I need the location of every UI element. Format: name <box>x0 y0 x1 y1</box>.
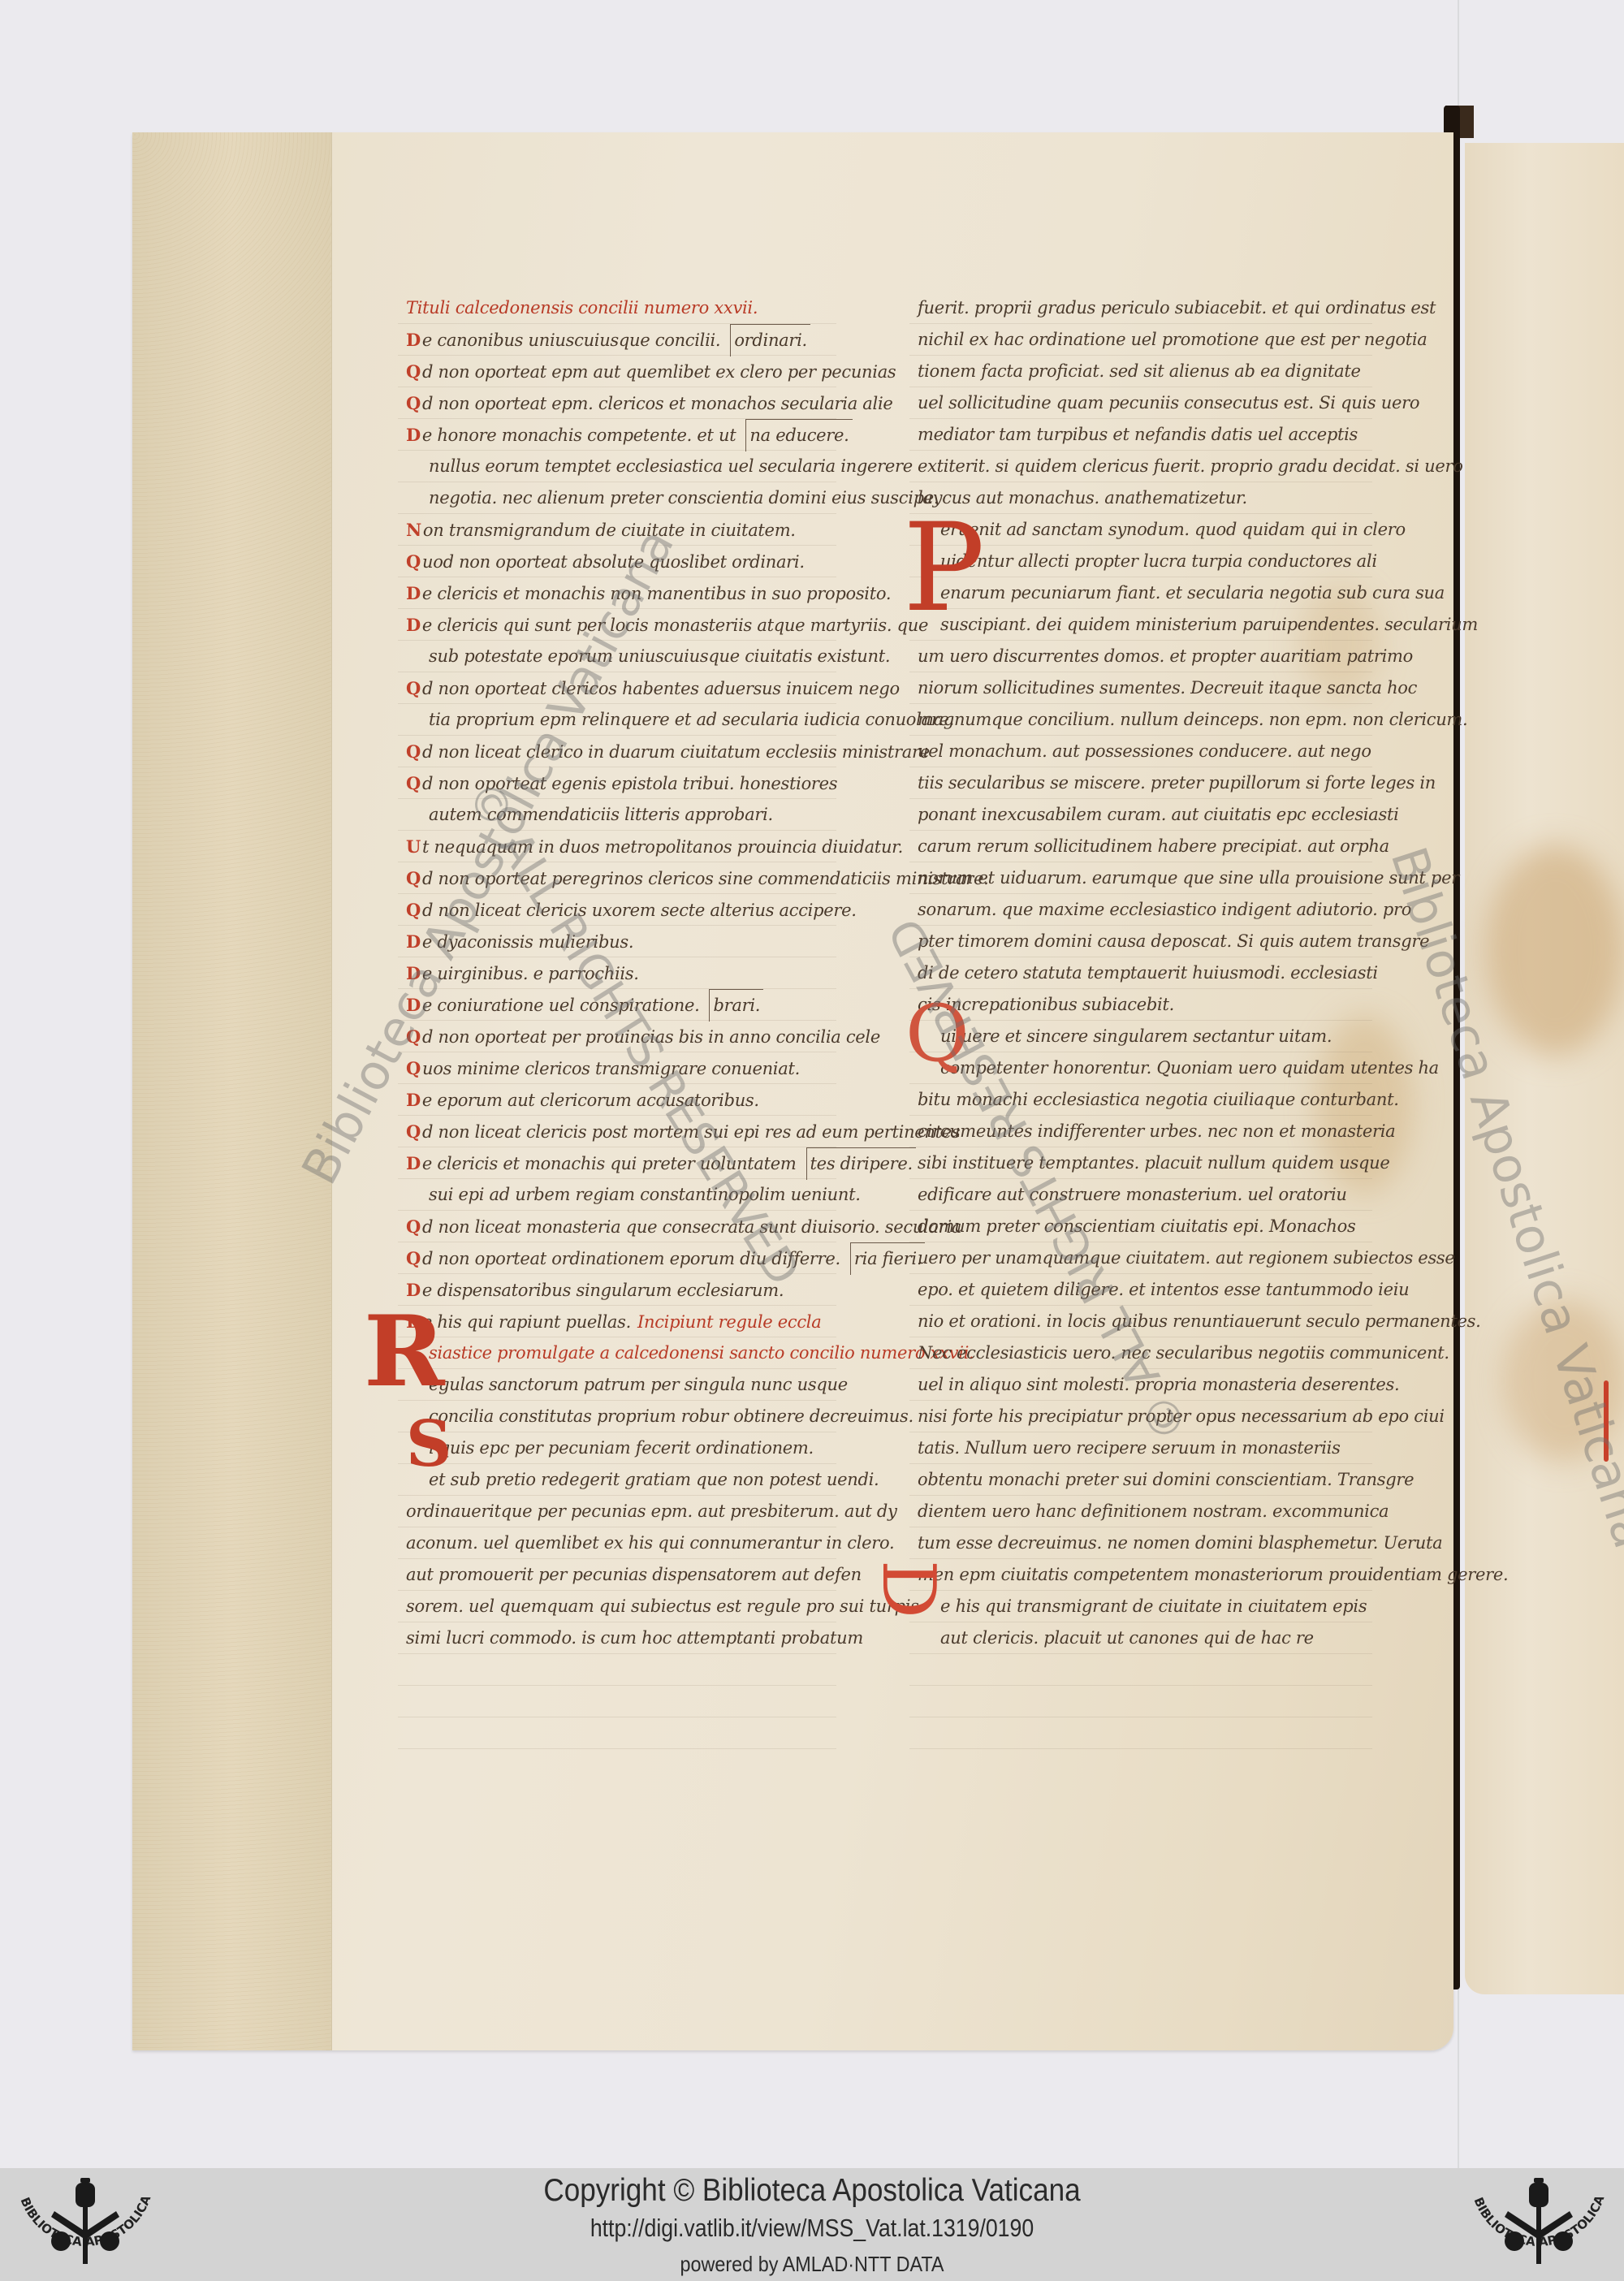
manuscript-line: et sub pretio redegerit gratiam que non … <box>406 1464 828 1496</box>
line-text: tiis secularibus se miscere. preter pupi… <box>918 773 1436 793</box>
manuscript-line: ponant inexcusabilem curam. aut ciuitati… <box>918 799 1364 831</box>
marginal-correction: brari. <box>709 989 763 1022</box>
line-text: concilia constitutas proprium robur obti… <box>429 1406 914 1426</box>
manuscript-line: sibi instituere temptantes. placuit null… <box>918 1147 1364 1179</box>
manuscript-line: dientem uero hanc definitionem nostram. … <box>918 1496 1364 1527</box>
decorated-initial-d: D <box>871 1560 944 1618</box>
manuscript-line: edificare aut construere monasterium. ue… <box>918 1179 1364 1211</box>
manuscript-line: fuerit. proprii gradus periculo subiaceb… <box>918 292 1364 324</box>
line-text: et sub pretio redegerit gratiam que non … <box>429 1470 879 1489</box>
rubricated-initial: D <box>406 330 421 350</box>
manuscript-line: nullus eorum temptet ecclesiastica uel s… <box>406 451 828 482</box>
manuscript-line: De his qui rapiunt puellas.Incipiunt reg… <box>406 1306 828 1337</box>
manuscript-line: di de cetero statuta temptauerit huiusmo… <box>918 957 1364 989</box>
line-text: sonarum. que maxime ecclesiastico indige… <box>918 900 1411 919</box>
marginal-correction: tes diripere. <box>806 1147 916 1180</box>
rubricated-initial: Q <box>406 1216 421 1237</box>
rubricated-initial: D <box>406 583 421 603</box>
line-text: mediator tam turpibus et nefandis datis … <box>918 425 1358 444</box>
line-text: carum rerum sollicitudinem habere precip… <box>918 836 1389 856</box>
line-text: uel monachum. aut possessiones conducere… <box>918 741 1371 761</box>
rubricated-initial: Q <box>406 678 421 698</box>
line-text: e his qui transmigrant de ciuitate in ci… <box>940 1596 1367 1616</box>
line-text: magnumque concilium. nullum deinceps. no… <box>918 710 1467 729</box>
manuscript-line: sorem. uel quemquam qui subiectus est re… <box>406 1591 828 1622</box>
line-text: uero per unamquamque ciuitatem. aut regi… <box>918 1248 1455 1268</box>
line-text: sorem. uel quemquam qui subiectus est re… <box>406 1596 919 1616</box>
manuscript-line: pter timorem domini causa deposcat. Si q… <box>918 926 1364 957</box>
line-text: fuerit. proprii gradus periculo subiaceb… <box>918 298 1436 318</box>
line-text: aut clericis. placuit ut canones qui de … <box>940 1628 1314 1648</box>
rubricated-initial: D <box>406 1153 421 1173</box>
rubricated-initial: Q <box>406 773 421 793</box>
line-text: e honore monachis competente. et ut <box>422 426 736 445</box>
line-text: eruenit ad sanctam synodum. quod quidam … <box>940 520 1406 539</box>
ruling-line <box>909 1717 1372 1717</box>
manuscript-line: siastice promulgate a calcedonensi sanct… <box>406 1337 828 1369</box>
line-text: ordinaueritque per pecunias epm. aut pre… <box>406 1501 897 1521</box>
line-text: d non oporteat epm. clericos et monachos… <box>422 394 893 413</box>
line-text: sub potestate eporum uniuscuiusque ciuit… <box>429 646 890 666</box>
line-text: edificare aut construere monasterium. ue… <box>918 1185 1347 1204</box>
rubricated-initial: Q <box>406 551 421 572</box>
line-text: e dispensatoribus singularum ecclesiarum… <box>422 1281 784 1300</box>
manuscript-line: aconum. uel quemlibet ex his qui connume… <box>406 1527 828 1559</box>
manuscript-line: uel sollicitudine quam pecuniis consecut… <box>918 387 1364 419</box>
manuscript-line: extiterit. si quidem clericus fuerit. pr… <box>918 451 1364 482</box>
manuscript-line: De canonibus uniuscuiusque concilii.ordi… <box>406 324 828 356</box>
line-text: d non liceat monasteria que consecrata s… <box>422 1217 961 1237</box>
manuscript-line: Non transmigrandum de ciuitate in ciuita… <box>406 514 828 546</box>
ruling-line <box>398 1685 836 1686</box>
rubricated-initial: N <box>406 520 421 540</box>
marginal-correction: ordinari. <box>730 324 810 356</box>
line-text: sui epi ad urbem regiam constantinopolim… <box>429 1185 861 1204</box>
manuscript-line: niorum sollicitudines sumentes. Decreuit… <box>918 672 1364 704</box>
line-text: tatis. Nullum uero recipere seruum in mo… <box>918 1438 1341 1458</box>
line-text: dientem uero hanc definitionem nostram. … <box>918 1501 1389 1521</box>
line-text: aut promouerit per pecunias dispensatore… <box>406 1565 862 1584</box>
line-text: domum preter conscientiam ciuitatis epi.… <box>918 1216 1355 1236</box>
manuscript-line: norum et uiduarum. earumque que sine ull… <box>918 862 1364 894</box>
rubricated-initial: D <box>406 1090 421 1110</box>
line-text: obtentu monachi preter sui domini consci… <box>918 1470 1414 1489</box>
manuscript-line: carum rerum sollicitudinem habere precip… <box>918 831 1364 862</box>
manuscript-line: mediator tam turpibus et nefandis datis … <box>918 419 1364 451</box>
decorated-initial-s: S <box>406 1413 451 1476</box>
line-text: d non liceat clerico in duarum ciuitatum… <box>422 742 930 762</box>
line-text: tum esse decreuimus. ne nomen domini bla… <box>918 1533 1442 1553</box>
rubricated-initial: D <box>406 615 421 635</box>
line-text: e coniuratione uel conspiratione. <box>422 996 700 1015</box>
powered-by-text: powered by AMLAD·NTT DATA <box>81 2252 1543 2277</box>
manuscript-line: De honore monachis competente. et utna e… <box>406 419 828 451</box>
line-text: nichil ex hac ordinatione uel promotione… <box>918 330 1427 349</box>
manuscript-line: uero per unamquamque ciuitatem. aut regi… <box>918 1242 1364 1274</box>
line-text: extiterit. si quidem clericus fuerit. pr… <box>918 456 1463 476</box>
marginal-correction: na educere. <box>745 419 852 451</box>
manuscript-line: De clericis et monachis qui preter uolun… <box>406 1147 828 1179</box>
line-text: uidentur allecti propter lucra turpia co… <box>940 551 1377 571</box>
line-text: ponant inexcusabilem curam. aut ciuitati… <box>918 805 1399 824</box>
manuscript-line: tatis. Nullum uero recipere seruum in mo… <box>918 1432 1364 1464</box>
line-text: d non oporteat epm aut quemlibet ex cler… <box>422 362 896 382</box>
manuscript-line: negotia. nec alienum preter conscientia … <box>406 482 828 514</box>
ruling-line <box>909 1685 1372 1686</box>
manuscript-line: e his qui transmigrant de ciuitate in ci… <box>918 1591 1364 1622</box>
line-text: ui uere et sincere singularem sectantur … <box>940 1026 1332 1046</box>
line-text: competenter honorentur. Quoniam uero qui… <box>940 1058 1439 1078</box>
rubricated-initial: D <box>406 425 421 445</box>
ruling-line <box>909 1748 1372 1749</box>
rubricated-initial: Q <box>406 900 421 920</box>
copyright-title: Copyright © Biblioteca Apostolica Vatica… <box>81 2173 1543 2209</box>
manuscript-line: epo. et quietem diligere. et intentos es… <box>918 1274 1364 1306</box>
vatican-library-logo-icon: BIBLIOTECA APOSTOLICA VATICANA <box>1458 2175 1620 2275</box>
ruling-line <box>398 1717 836 1717</box>
line-text: nio et orationi. in locis quibus renunti… <box>918 1311 1480 1331</box>
line-text: negotia. nec alienum preter conscientia … <box>429 488 939 508</box>
manuscript-line: egulas sanctorum patrum per singula nunc… <box>406 1369 828 1401</box>
manuscript-line: um uero discurrentes domos. et propter a… <box>918 641 1364 672</box>
right-text-column: fuerit. proprii gradus periculo subiaceb… <box>918 292 1364 1654</box>
line-text: siastice promulgate a calcedonensi sanct… <box>429 1343 974 1363</box>
line-text: e clericis qui sunt per locis monasterii… <box>422 616 928 635</box>
manuscript-line: aut clericis. placuit ut canones qui de … <box>918 1622 1364 1654</box>
line-text: egulas sanctorum patrum per singula nunc… <box>429 1375 848 1394</box>
line-text: nullus eorum temptet ecclesiastica uel s… <box>429 456 913 476</box>
line-text: simi lucri commodo. is cum hoc attemptan… <box>406 1628 863 1648</box>
manuscript-line: tum esse decreuimus. ne nomen domini bla… <box>918 1527 1364 1559</box>
manuscript-line: Qd non liceat clericis post mortem sui e… <box>406 1116 828 1147</box>
manuscript-line: tiis secularibus se miscere. preter pupi… <box>918 767 1364 799</box>
rubricated-initial: Q <box>406 361 421 382</box>
manuscript-line: Qd non oporteat epm. clericos et monacho… <box>406 387 828 419</box>
manuscript-line: tia proprium epm relinquere et ad secula… <box>406 704 828 736</box>
manuscript-line: concilia constitutas proprium robur obti… <box>406 1401 828 1432</box>
manuscript-line: Qd non liceat clerico in duarum ciuitatu… <box>406 736 828 767</box>
manuscript-line: De eporum aut clericorum accusatoribus. <box>406 1084 828 1116</box>
facing-stain <box>1486 845 1624 1056</box>
rubricated-initial: Q <box>406 393 421 413</box>
manuscript-line: uel monachum. aut possessiones conducere… <box>918 736 1364 767</box>
copyright-footer: Copyright © Biblioteca Apostolica Vatica… <box>0 2168 1624 2281</box>
line-text: suscipiant. dei quidem ministerium parui… <box>940 615 1478 634</box>
line-text: sibi instituere temptantes. placuit null… <box>918 1153 1389 1173</box>
manuscript-line: Qd non oporteat epm aut quemlibet ex cle… <box>406 356 828 387</box>
line-text: d non oporteat clericos habentes aduersu… <box>422 679 900 698</box>
line-text: uel sollicitudine quam pecuniis consecut… <box>918 393 1419 413</box>
line-text: Tituli calcedonensis concilii numero xxv… <box>406 298 758 318</box>
manuscript-line: sonarum. que maxime ecclesiastico indige… <box>918 894 1364 926</box>
line-text: niorum sollicitudines sumentes. Decreuit… <box>918 678 1417 698</box>
line-text: norum et uiduarum. earumque que sine ull… <box>918 868 1459 888</box>
rubric-heading: Incipiunt regule eccla <box>637 1312 821 1332</box>
permalink-url[interactable]: http://digi.vatlib.it/view/MSS_Vat.lat.1… <box>114 2214 1510 2243</box>
line-text: epo. et quietem diligere. et intentos es… <box>918 1280 1409 1299</box>
line-text: aconum. uel quemlibet ex his qui connume… <box>406 1533 894 1553</box>
manuscript-line: magnumque concilium. nullum deinceps. no… <box>918 704 1364 736</box>
marginal-correction: ria fieri. <box>850 1242 925 1275</box>
line-text: pter timorem domini causa deposcat. Si q… <box>918 931 1429 951</box>
vatican-library-logo-icon: BIBLIOTECA APOSTOLICA VATICANA <box>4 2175 166 2275</box>
manuscript-line: nichil ex hac ordinatione uel promotione… <box>918 324 1364 356</box>
line-text: um uero discurrentes domos. et propter a… <box>918 646 1413 666</box>
line-text: Nec ecclesiasticis uero. nec secularibus… <box>918 1343 1449 1363</box>
rubricated-initial: Q <box>406 868 421 888</box>
decorated-initial-r: R <box>364 1303 445 1401</box>
manuscript-line: ordinaueritque per pecunias epm. aut pre… <box>406 1496 828 1527</box>
manuscript-line: domum preter conscientiam ciuitatis epi.… <box>918 1211 1364 1242</box>
manuscript-line: aut promouerit per pecunias dispensatore… <box>406 1559 828 1591</box>
ruling-line <box>398 1748 836 1749</box>
line-text: on transmigrandum de ciuitate in ciuitat… <box>423 521 796 540</box>
line-text: men epm ciuitatis competentem monasterio… <box>918 1565 1508 1584</box>
manuscript-line: men epm ciuitatis competentem monasterio… <box>918 1559 1364 1591</box>
line-text: tionem facta proficiat. sed sit alienus … <box>918 361 1361 381</box>
line-text: enarum pecuniarum fiant. et secularia ne… <box>940 583 1445 603</box>
manuscript-line: obtentu monachi preter sui domini consci… <box>918 1464 1364 1496</box>
manuscript-line: tionem facta proficiat. sed sit alienus … <box>918 356 1364 387</box>
line-text: e canonibus uniuscuiusque concilii. <box>422 330 720 350</box>
rubricated-initial: Q <box>406 1248 421 1268</box>
line-text: uos minime clericos transmigrare conueni… <box>422 1059 800 1078</box>
manuscript-line: Qd non oporteat clericos habentes aduers… <box>406 672 828 704</box>
manuscript-line: i quis epc per pecuniam fecerit ordinati… <box>406 1432 828 1464</box>
line-text: i quis epc per pecuniam fecerit ordinati… <box>429 1438 814 1458</box>
rubricated-initial: U <box>406 836 421 857</box>
decorated-initial-p: P <box>903 508 985 629</box>
binding-guard-strip <box>132 132 332 2050</box>
line-text: e his qui rapiunt puellas. <box>422 1312 631 1332</box>
line-text: tia proprium epm relinquere et ad secula… <box>429 710 954 729</box>
rubricated-initial: Q <box>406 1121 421 1142</box>
manuscript-line: cis increpationibus subiacebit. <box>918 989 1364 1021</box>
manuscript-line: Tituli calcedonensis concilii numero xxv… <box>406 292 828 324</box>
manuscript-line: simi lucri commodo. is cum hoc attemptan… <box>406 1622 828 1654</box>
rubricated-initial: Q <box>406 741 421 762</box>
line-text: di de cetero statuta temptauerit huiusmo… <box>918 963 1378 983</box>
